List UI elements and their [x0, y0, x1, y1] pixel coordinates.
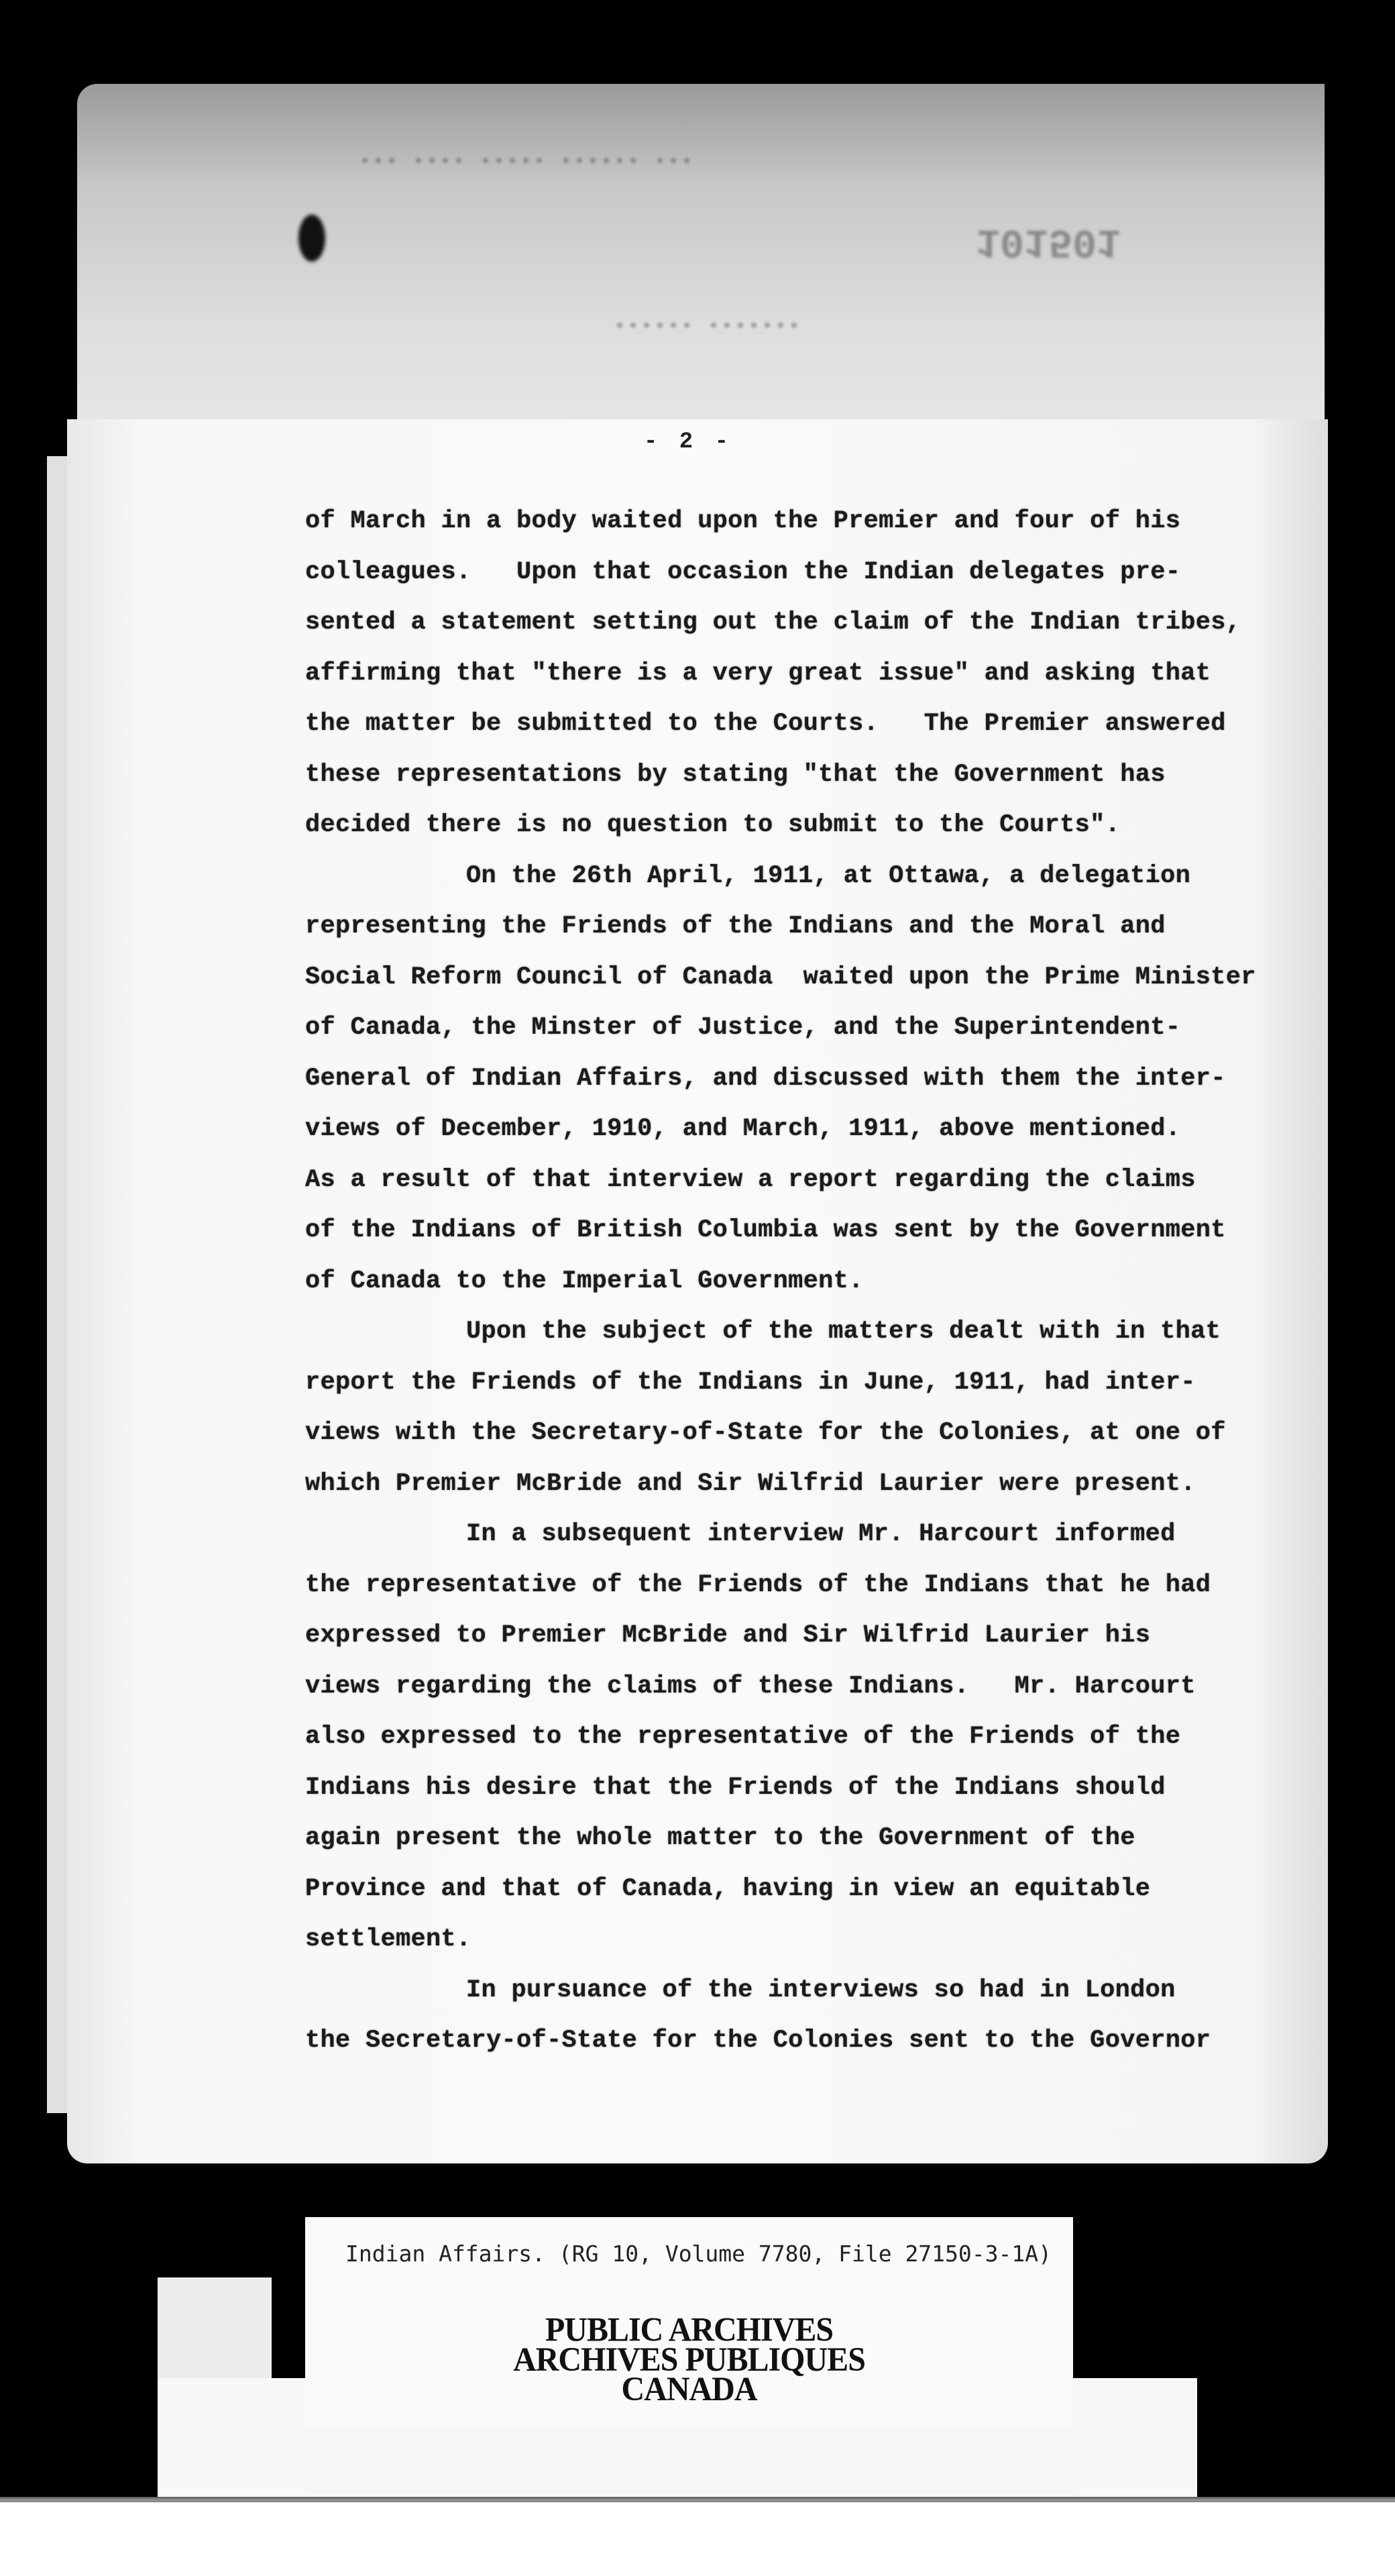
text-line: settlement.	[305, 1915, 1284, 1966]
text-line: sented a statement setting out the claim…	[305, 598, 1284, 649]
text-line: these representations by stating "that t…	[305, 750, 1284, 801]
archive-stamp: PUBLIC ARCHIVES ARCHIVES PUBLIQUES CANAD…	[305, 2316, 1073, 2404]
text-line: decided there is no question to submit t…	[305, 800, 1284, 851]
text-line: of Canada, the Minster of Justice, and t…	[305, 1003, 1284, 1054]
text-line: of Canada to the Imperial Government.	[305, 1256, 1284, 1307]
back-page-fold: ••• •••• ••••• •••••• ••• •••••• •••••••…	[77, 84, 1325, 433]
text-line: colleagues. Upon that occasion the India…	[305, 547, 1284, 598]
text-line: Social Reform Council of Canada waited u…	[305, 953, 1284, 1004]
text-line: General of Indian Affairs, and discussed…	[305, 1054, 1284, 1105]
paragraph-start-line: On the 26th April, 1911, at Ottawa, a de…	[305, 851, 1284, 902]
margin-strip	[0, 2502, 1395, 2576]
archive-stamp-line-country: CANADA	[305, 2375, 1073, 2404]
text-line: Indians his desire that the Friends of t…	[305, 1763, 1284, 1814]
ink-blot	[298, 215, 325, 262]
archive-reference: Indian Affairs. (RG 10, Volume 7780, Fil…	[345, 2241, 1052, 2267]
text-line: which Premier McBride and Sir Wilfrid La…	[305, 1459, 1284, 1510]
text-line: the Secretary-of-State for the Colonies …	[305, 2016, 1284, 2067]
paragraph-start-line: Upon the subject of the matters dealt wi…	[305, 1307, 1284, 1358]
text-line: again present the whole matter to the Go…	[305, 1813, 1284, 1864]
ghost-text-line: •••••• •••••••	[614, 312, 801, 335]
text-line: of the Indians of British Columbia was s…	[305, 1205, 1284, 1256]
text-line: views regarding the claims of these Indi…	[305, 1662, 1284, 1713]
file-stamp: 101501	[976, 218, 1121, 264]
paragraph-start-line: In pursuance of the interviews so had in…	[305, 1966, 1284, 2017]
document-body: of March in a body waited upon the Premi…	[305, 496, 1284, 2067]
label-card-bottom	[305, 2428, 1073, 2495]
text-line: expressed to Premier McBride and Sir Wil…	[305, 1611, 1284, 1662]
text-line: Province and that of Canada, having in v…	[305, 1864, 1284, 1915]
text-line: report the Friends of the Indians in Jun…	[305, 1358, 1284, 1409]
text-line: views of December, 1910, and March, 1911…	[305, 1104, 1284, 1155]
ghost-text-line: ••• •••• ••••• •••••• •••	[359, 151, 694, 174]
text-line: representing the Friends of the Indians …	[305, 902, 1284, 953]
text-line: of March in a body waited upon the Premi…	[305, 496, 1284, 547]
text-line: views with the Secretary-of-State for th…	[305, 1408, 1284, 1459]
page-number: - 2 -	[644, 429, 732, 455]
text-line: the matter be submitted to the Courts. T…	[305, 699, 1284, 750]
text-line: the representative of the Friends of the…	[305, 1560, 1284, 1611]
paragraph-start-line: In a subsequent interview Mr. Harcourt i…	[305, 1509, 1284, 1560]
text-line: affirming that "there is a very great is…	[305, 649, 1284, 700]
text-line: also expressed to the representative of …	[305, 1712, 1284, 1763]
text-line: As a result of that interview a report r…	[305, 1155, 1284, 1206]
